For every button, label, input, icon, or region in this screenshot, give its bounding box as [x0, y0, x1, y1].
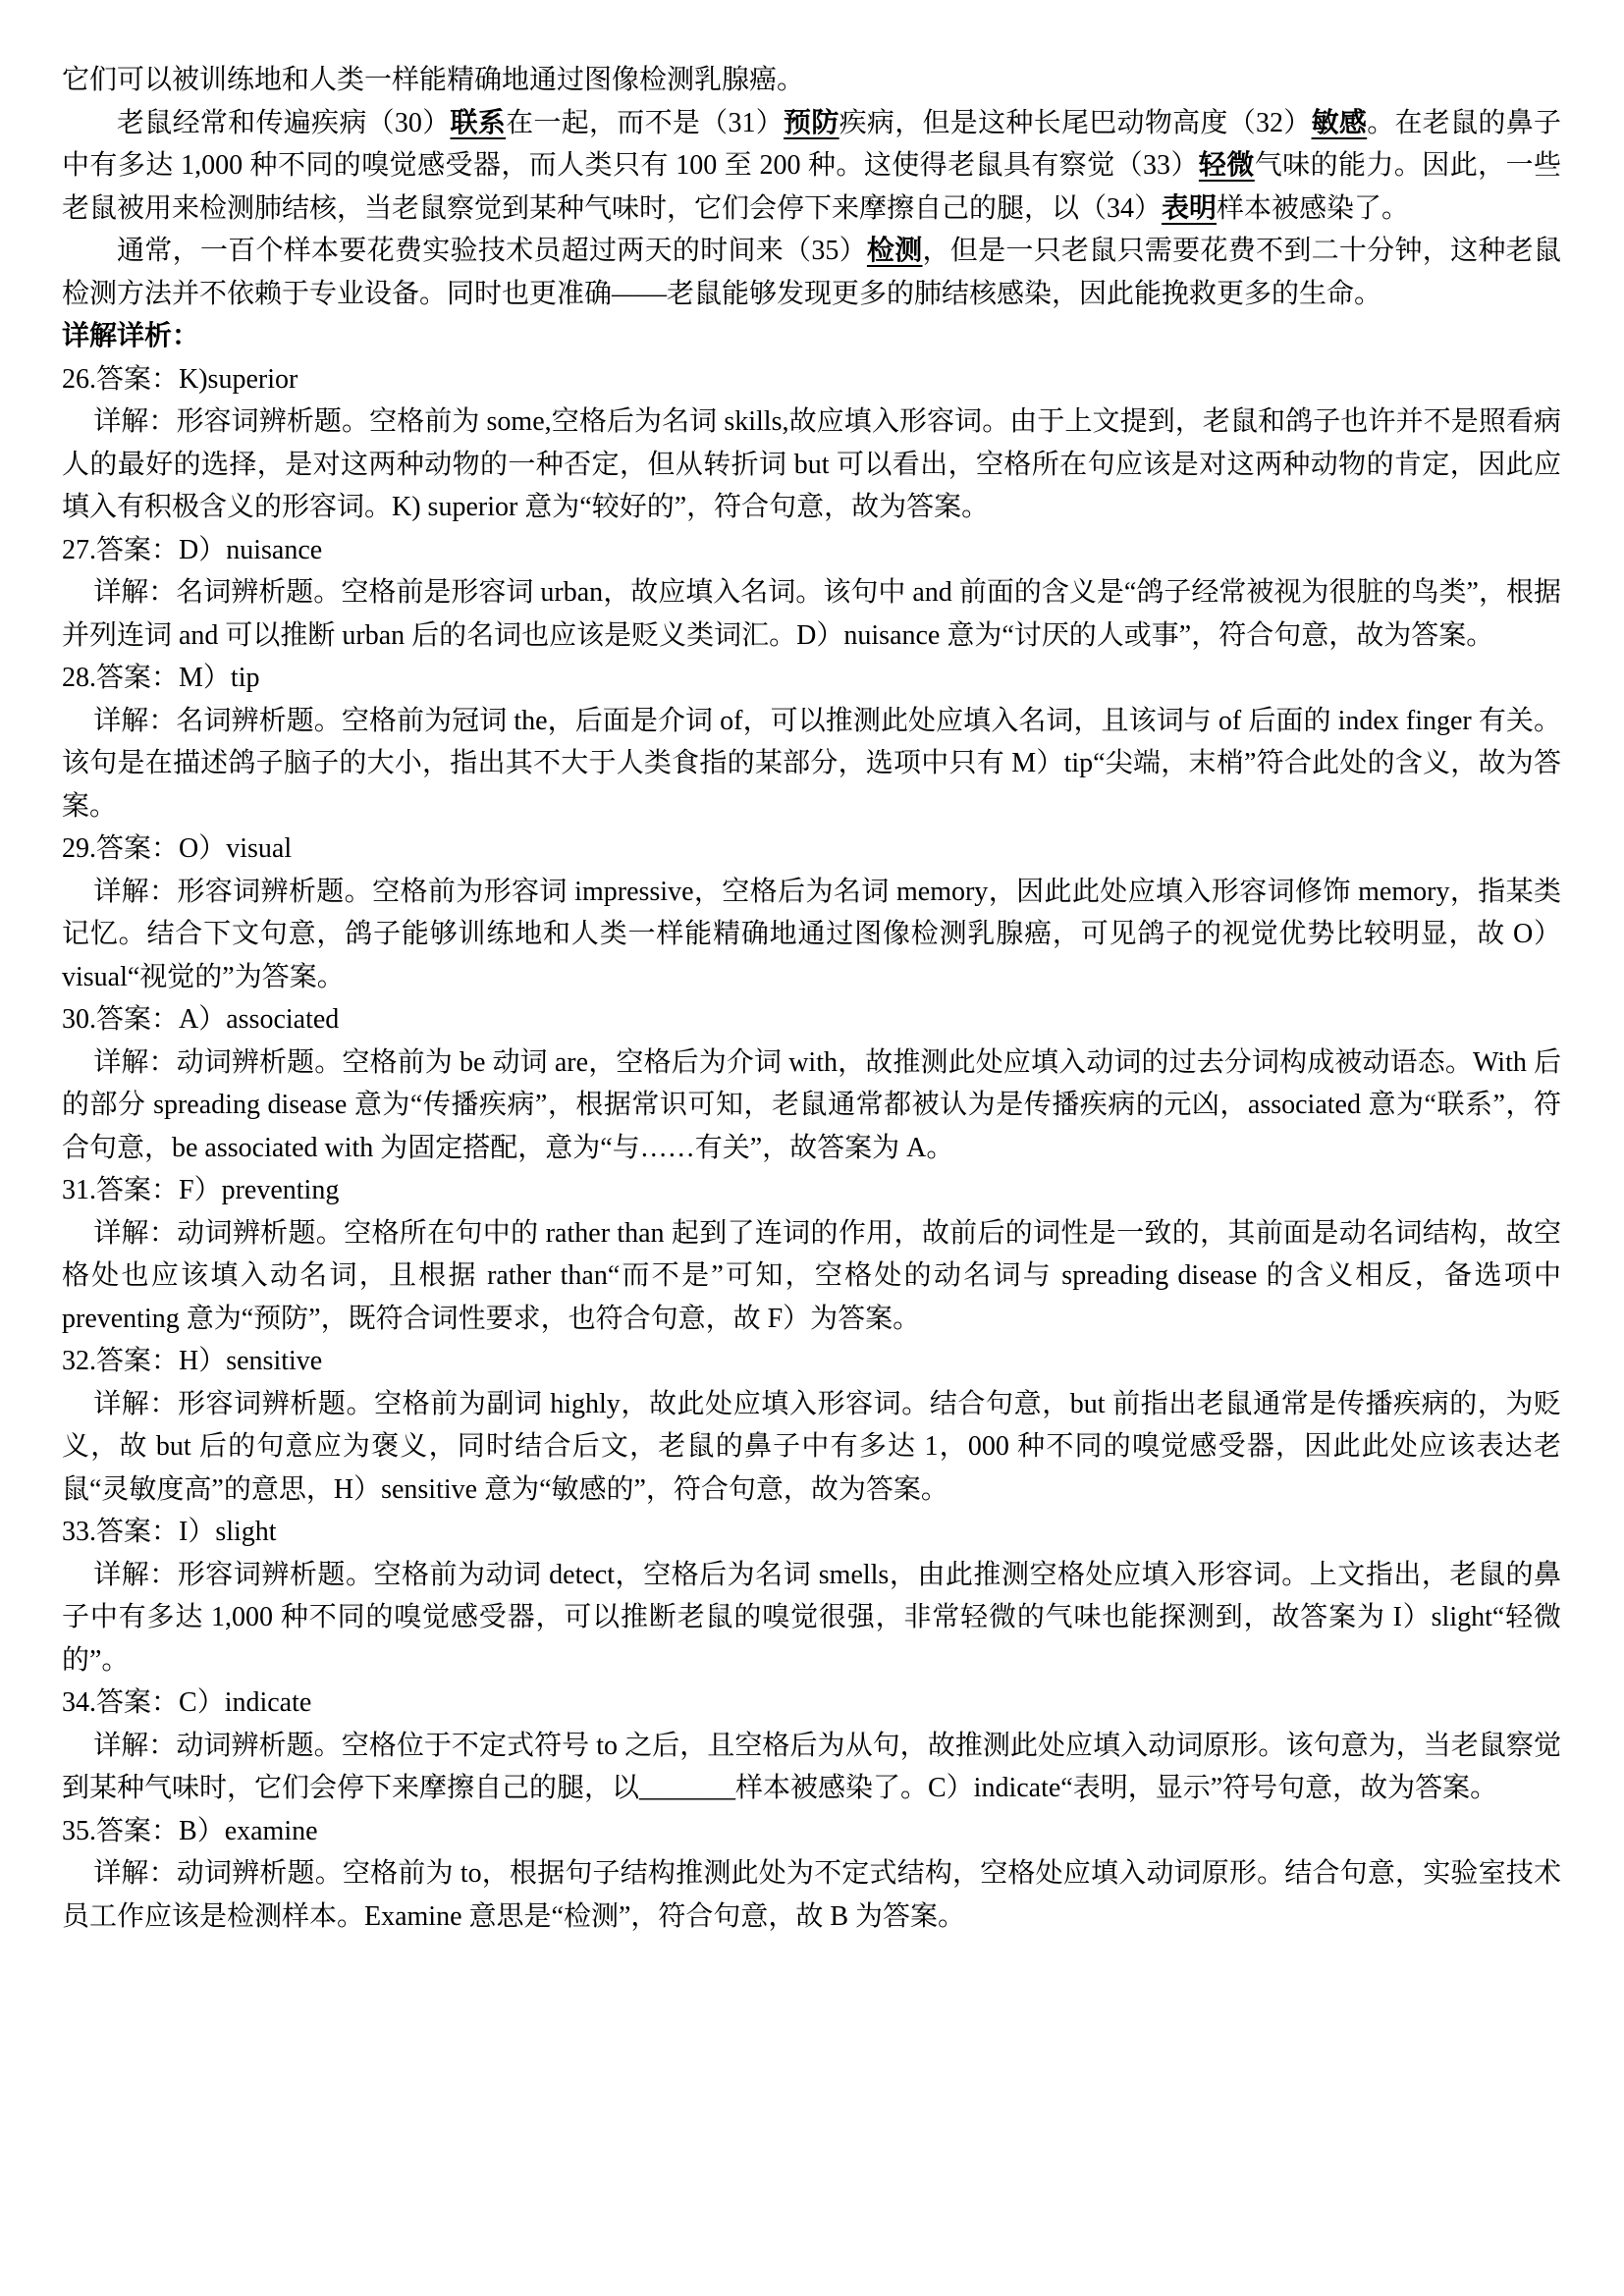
answer-option: C）indicate: [179, 1687, 311, 1718]
answer-explanation: 详解：动词辨析题。空格前为 to，根据句子结构推测此处为不定式结构，空格处应填入…: [62, 1852, 1561, 1938]
answer-number-label: 30.答案：: [62, 1004, 179, 1035]
passage-text: 样本被感染了。: [1217, 193, 1409, 224]
blank-answer-word: 联系: [451, 108, 507, 138]
passage-paragraph: 通常，一百个样本要花费实验技术员超过两天的时间来（35）检测，但是一只老鼠只需要…: [62, 230, 1561, 315]
answer-line: 33.答案：I）slight: [62, 1511, 1561, 1554]
passage-text: 疾病，但是这种长尾巴动物高度（32）: [839, 108, 1312, 138]
answer-option: M）tip: [179, 663, 259, 693]
answer-line: 29.答案：O）visual: [62, 828, 1561, 871]
answer-explanation: 详解：形容词辨析题。空格前为形容词 impressive，空格后为名词 memo…: [62, 871, 1561, 999]
answer-option: H）sensitive: [179, 1346, 322, 1376]
blank-answer-word: 预防: [784, 108, 839, 138]
answer-line: 28.答案：M）tip: [62, 657, 1561, 700]
answer-number-label: 31.答案：: [62, 1175, 179, 1205]
passage-section: 它们可以被训练地和人类一样能精确地通过图像检测乳腺癌。老鼠经常和传遍疾病（30）…: [62, 59, 1561, 315]
answer-option: B）examine: [179, 1816, 318, 1846]
answer-explanation: 详解：形容词辨析题。空格前为 some,空格后为名词 skills,故应填入形容…: [62, 400, 1561, 529]
passage-text: 在一起，而不是（31）: [506, 108, 784, 138]
answer-number-label: 34.答案：: [62, 1687, 179, 1718]
answer-option: K)superior: [179, 364, 298, 395]
answer-explanation: 详解：动词辨析题。空格前为 be 动词 are，空格后为介词 with，故推测此…: [62, 1041, 1561, 1170]
answer-line: 31.答案：F）preventing: [62, 1169, 1561, 1212]
answer-line: 35.答案：B）examine: [62, 1810, 1561, 1853]
passage-text: 它们可以被训练地和人类一样能精确地通过图像检测乳腺癌。: [62, 65, 804, 95]
answer-option: D）nuisance: [179, 535, 322, 565]
document-page: 它们可以被训练地和人类一样能精确地通过图像检测乳腺癌。老鼠经常和传遍疾病（30）…: [0, 0, 1624, 2296]
answer-number-label: 33.答案：: [62, 1517, 179, 1547]
answer-line: 27.答案：D）nuisance: [62, 529, 1561, 572]
blank-answer-word: 敏感: [1312, 108, 1368, 138]
answer-option: F）preventing: [179, 1175, 339, 1205]
answer-number-label: 28.答案：: [62, 663, 179, 693]
answer-number-label: 26.答案：: [62, 364, 179, 395]
passage-paragraph: 它们可以被训练地和人类一样能精确地通过图像检测乳腺癌。: [62, 59, 1561, 102]
answer-number-label: 27.答案：: [62, 535, 179, 565]
answer-explanation: 详解：动词辨析题。空格位于不定式符号 to 之后，且空格后为从句，故推测此处应填…: [62, 1725, 1561, 1810]
answer-line: 32.答案：H）sensitive: [62, 1340, 1561, 1383]
answer-line: 30.答案：A）associated: [62, 998, 1561, 1041]
passage-paragraph: 老鼠经常和传遍疾病（30）联系在一起，而不是（31）预防疾病，但是这种长尾巴动物…: [62, 102, 1561, 231]
answer-explanation: 详解：形容词辨析题。空格前为动词 detect，空格后为名词 smells，由此…: [62, 1554, 1561, 1682]
answer-explanation: 详解：形容词辨析题。空格前为副词 highly，故此处应填入形容词。结合句意，b…: [62, 1383, 1561, 1512]
passage-text: 老鼠经常和传遍疾病（30）: [117, 108, 451, 138]
answer-option: I）slight: [179, 1517, 277, 1547]
blank-answer-word: 检测: [867, 236, 923, 266]
passage-text: 通常，一百个样本要花费实验技术员超过两天的时间来（35）: [117, 236, 867, 266]
answers-section: 26.答案：K)superior详解：形容词辨析题。空格前为 some,空格后为…: [62, 358, 1561, 1939]
answer-number-label: 35.答案：: [62, 1816, 179, 1846]
answer-option: O）visual: [179, 833, 292, 864]
answer-option: A）associated: [179, 1004, 339, 1035]
answer-number-label: 29.答案：: [62, 833, 179, 864]
answer-number-label: 32.答案：: [62, 1346, 179, 1376]
blank-answer-word: 轻微: [1199, 150, 1255, 181]
answer-explanation: 详解：名词辨析题。空格前为冠词 the，后面是介词 of，可以推测此处应填入名词…: [62, 700, 1561, 828]
answer-line: 34.答案：C）indicate: [62, 1682, 1561, 1725]
answer-line: 26.答案：K)superior: [62, 358, 1561, 401]
section-heading: 详解详析：: [62, 315, 1561, 358]
answer-explanation: 详解：名词辨析题。空格前是形容词 urban，故应填入名词。该句中 and 前面…: [62, 571, 1561, 657]
answer-explanation: 详解：动词辨析题。空格所在句中的 rather than 起到了连词的作用，故前…: [62, 1212, 1561, 1341]
blank-answer-word: 表明: [1162, 193, 1217, 224]
